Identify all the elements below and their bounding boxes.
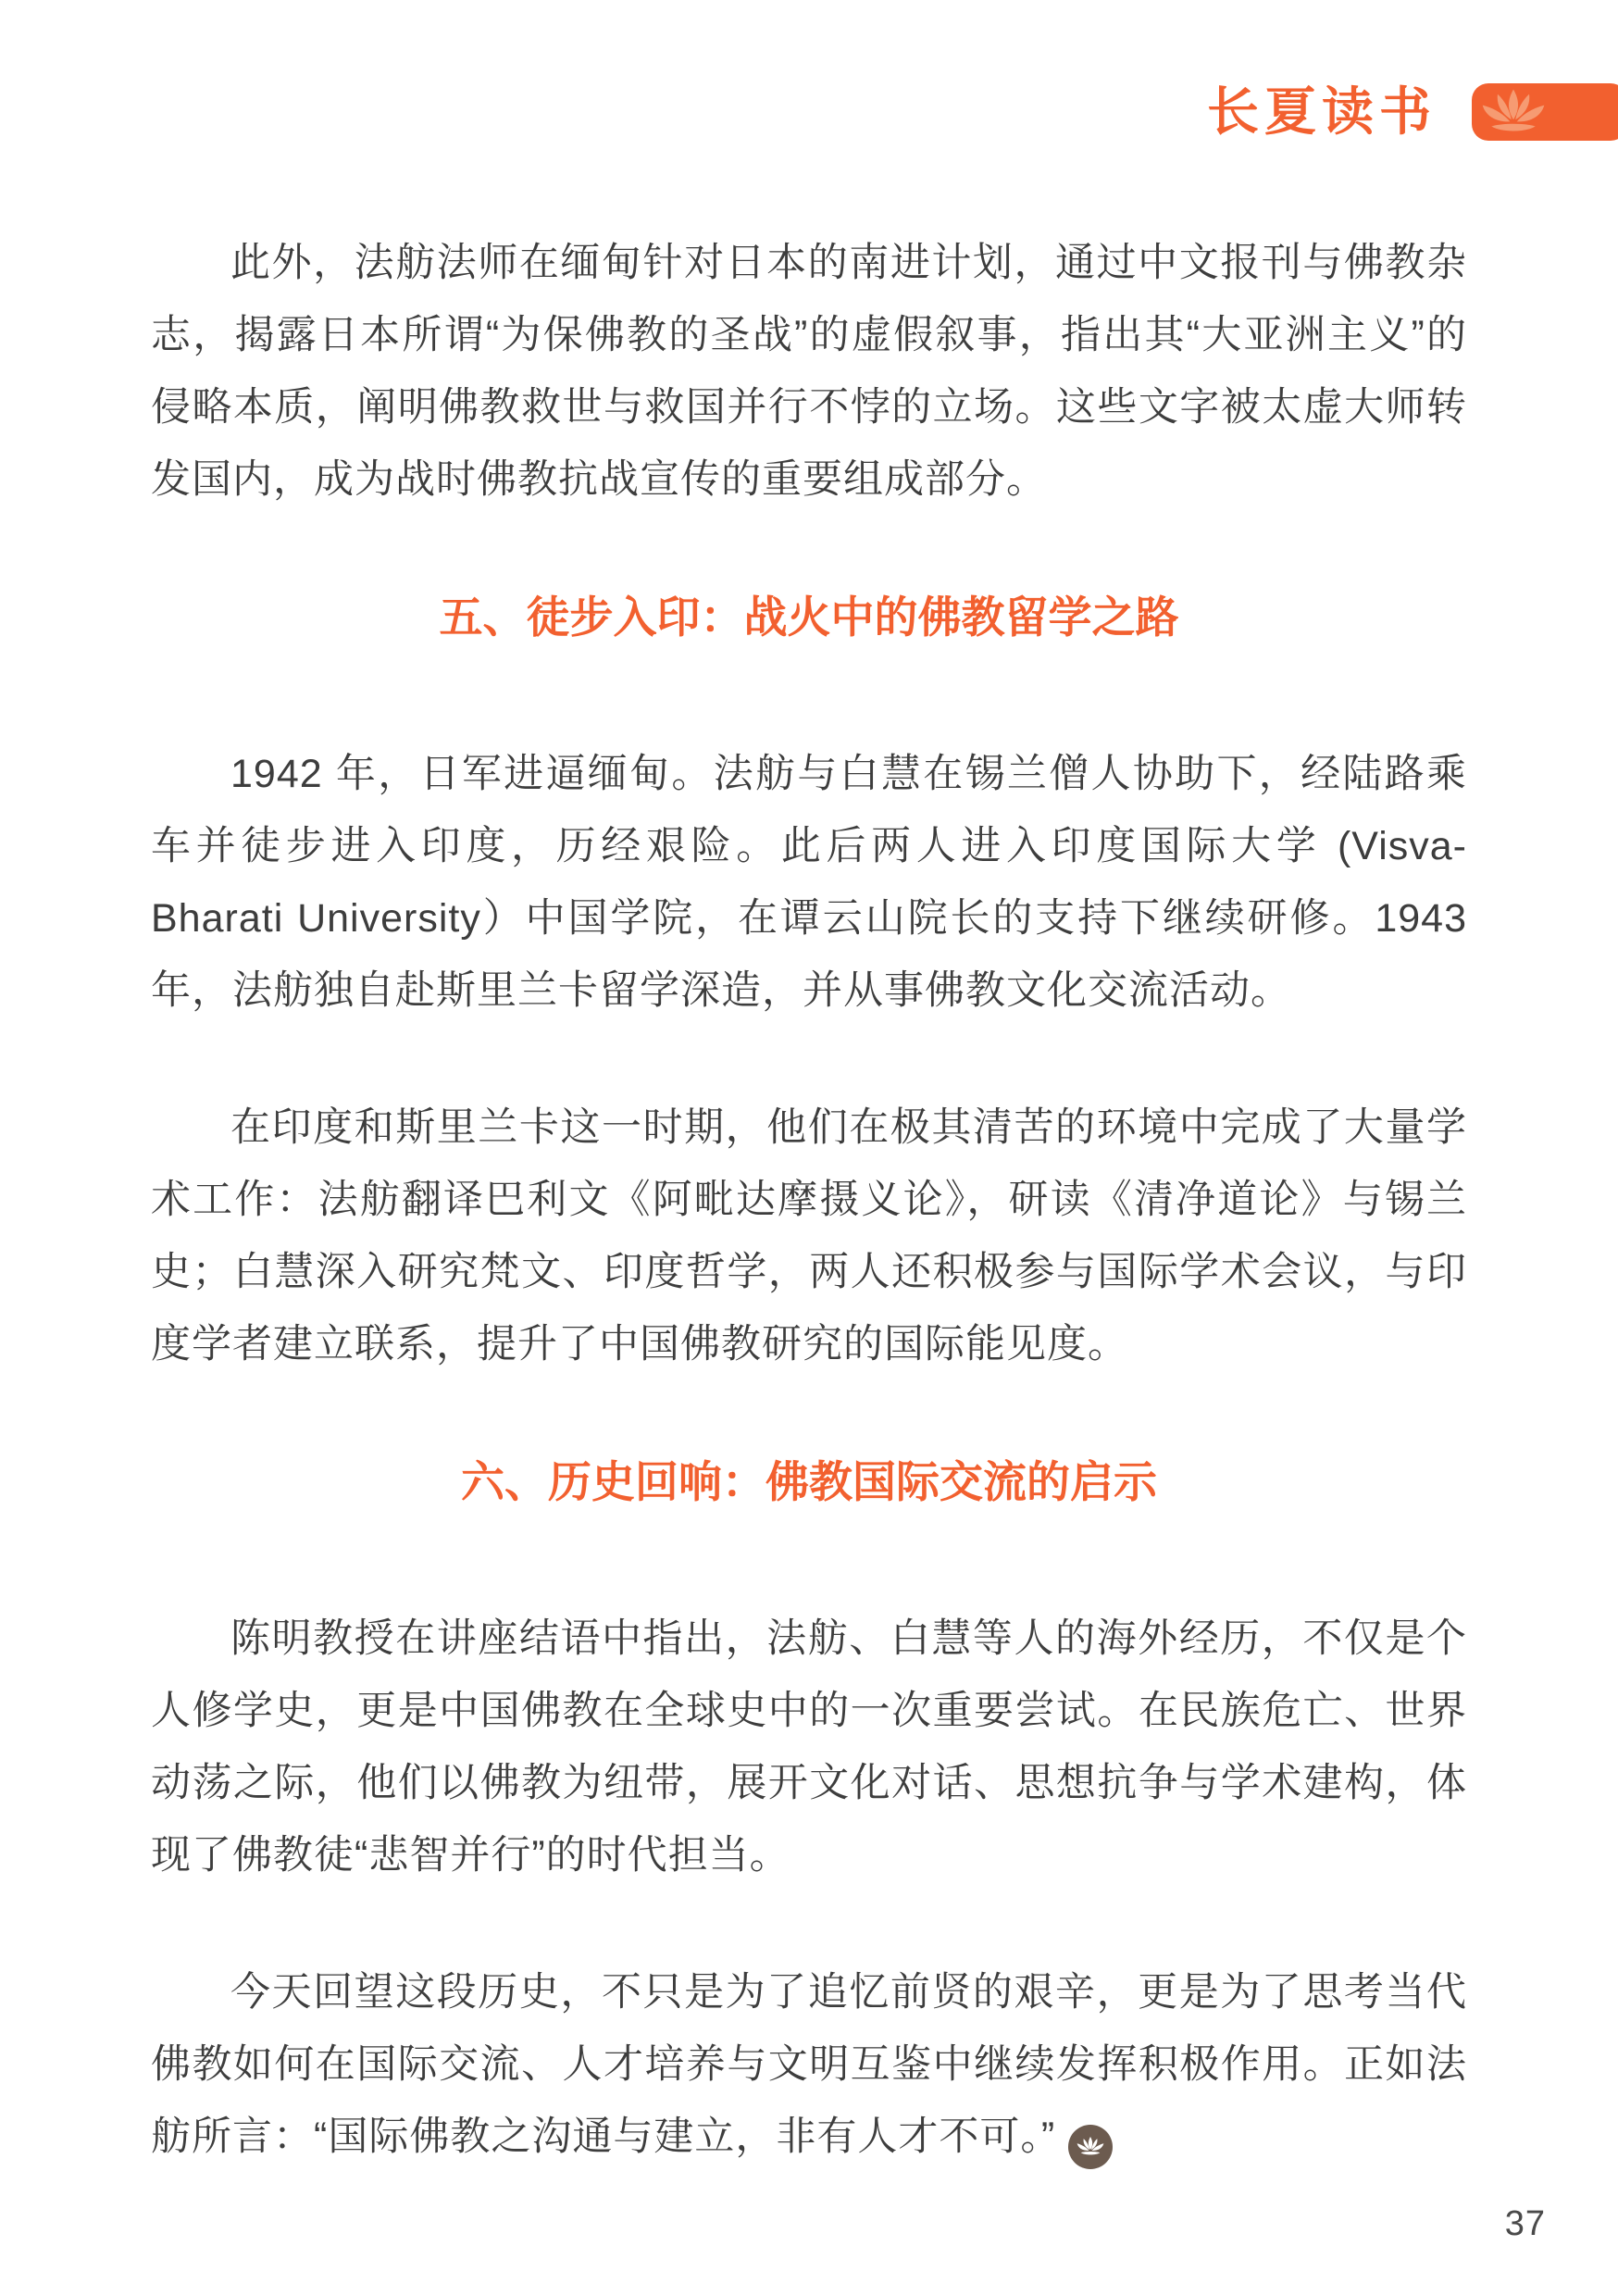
- paragraph-4: 陈明教授在讲座结语中指出，法舫、白慧等人的海外经历，不仅是个人修学史，更是中国佛…: [151, 1603, 1467, 1891]
- header-badge: [1472, 83, 1618, 141]
- paragraph-2: 1942 年，日军进逼缅甸。法舫与白慧在锡兰僧人协助下，经陆路乘车并徒步进入印度…: [151, 738, 1467, 1027]
- article-content: 此外，法舫法师在缅甸针对日本的南进计划，通过中文报刊与佛教杂志，揭露日本所谓“为…: [151, 0, 1467, 2173]
- section-heading-6: 六、历史回响：佛教国际交流的启示: [151, 1450, 1467, 1515]
- paragraph-1: 此外，法舫法师在缅甸针对日本的南进计划，通过中文报刊与佛教杂志，揭露日本所谓“为…: [151, 227, 1467, 516]
- lotus-icon: [1479, 88, 1548, 136]
- page-number: 37: [1505, 2204, 1546, 2244]
- section-heading-5: 五、徒步入印：战火中的佛教留学之路: [151, 585, 1467, 650]
- paragraph-5-text: 今天回望这段历史，不只是为了追忆前贤的艰辛，更是为了思考当代佛教如何在国际交流、…: [151, 1970, 1467, 2159]
- article-end-lotus-icon: [1068, 2125, 1113, 2169]
- paragraph-3: 在印度和斯里兰卡这一时期，他们在极其清苦的环境中完成了大量学术工作：法舫翻译巴利…: [151, 1092, 1467, 1380]
- page: 长夏读书 此外，法舫法师在缅甸针对日本的南进计划，通过中文报刊与佛教杂志，揭露日…: [0, 0, 1618, 2296]
- paragraph-5: 今天回望这段历史，不只是为了追忆前贤的艰辛，更是为了思考当代佛教如何在国际交流、…: [151, 1956, 1467, 2173]
